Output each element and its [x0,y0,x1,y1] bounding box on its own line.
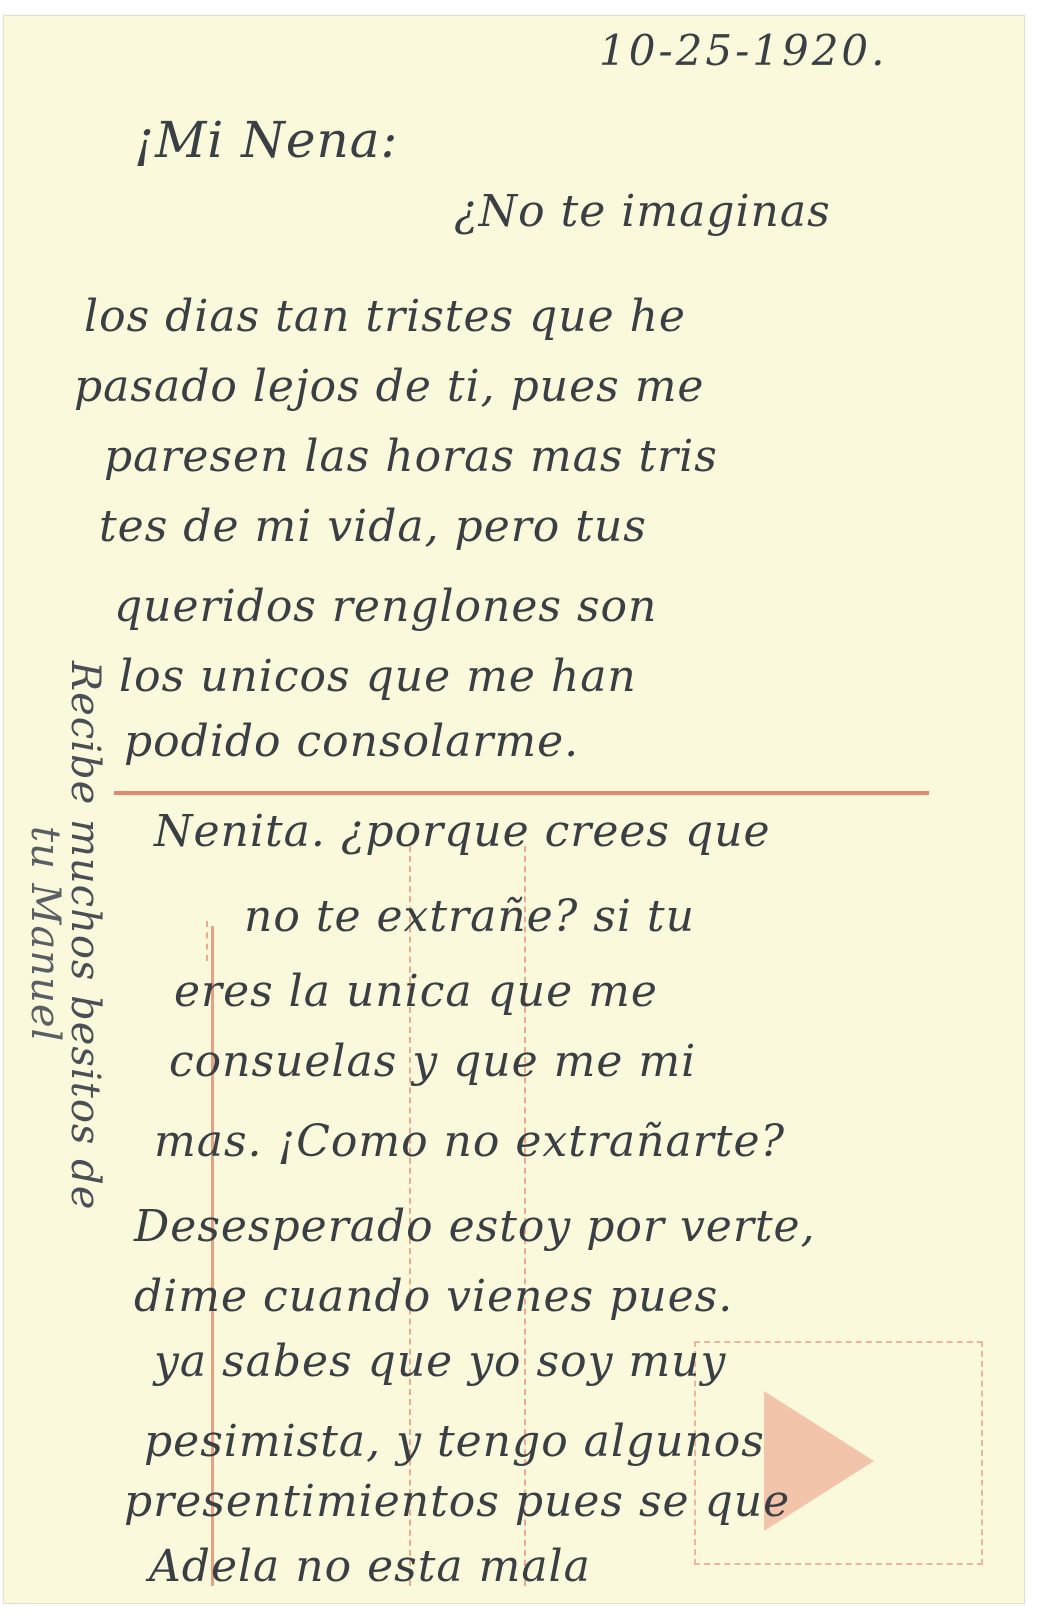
signature: tu Manuel [22,826,68,1042]
letter-line: podido consolarme. [124,716,579,767]
letter-line: pasado lejos de ti, pues me [74,361,704,412]
letter-line: paresen las horas mas tris [104,431,718,482]
letter-line: eres la unica que me [174,966,658,1017]
letter-line: ¿No te imaginas [454,186,831,237]
letter-line: Desesperado estoy por verte, [134,1201,816,1252]
letter-line: pesimista, y tengo algunos [144,1416,765,1467]
letter-line: queridos renglones son [114,581,657,632]
letter-line: presentimientos pues se que [124,1476,790,1527]
letter-line: ya sabes que yo soy muy [154,1336,726,1387]
letter-line: consuelas y que me mi [169,1036,696,1087]
postcard: 10-25-1920. ¡Mi Nena: ¿No te imaginas lo… [3,15,1025,1604]
letter-line: no te extrañe? si tu [244,891,695,942]
letter-line: Nenita. ¿porque crees que [154,806,771,857]
letter-greeting: ¡Mi Nena: [134,111,398,169]
margin-note: Recibe muchos besitos de [62,661,108,1210]
dashed-guide-line [206,921,208,961]
letter-line: los dias tan tristes que he [84,291,686,342]
letter-line: dime cuando vienes pues. [134,1271,733,1322]
printed-divider-line [114,791,929,795]
letter-line: Adela no esta mala [149,1541,591,1592]
letter-line: tes de mi vida, pero tus [99,501,647,552]
letter-date: 10-25-1920. [599,26,888,75]
letter-line: los unicos que me han [119,651,637,702]
letter-line: mas. ¡Como no extrañarte? [154,1116,785,1167]
